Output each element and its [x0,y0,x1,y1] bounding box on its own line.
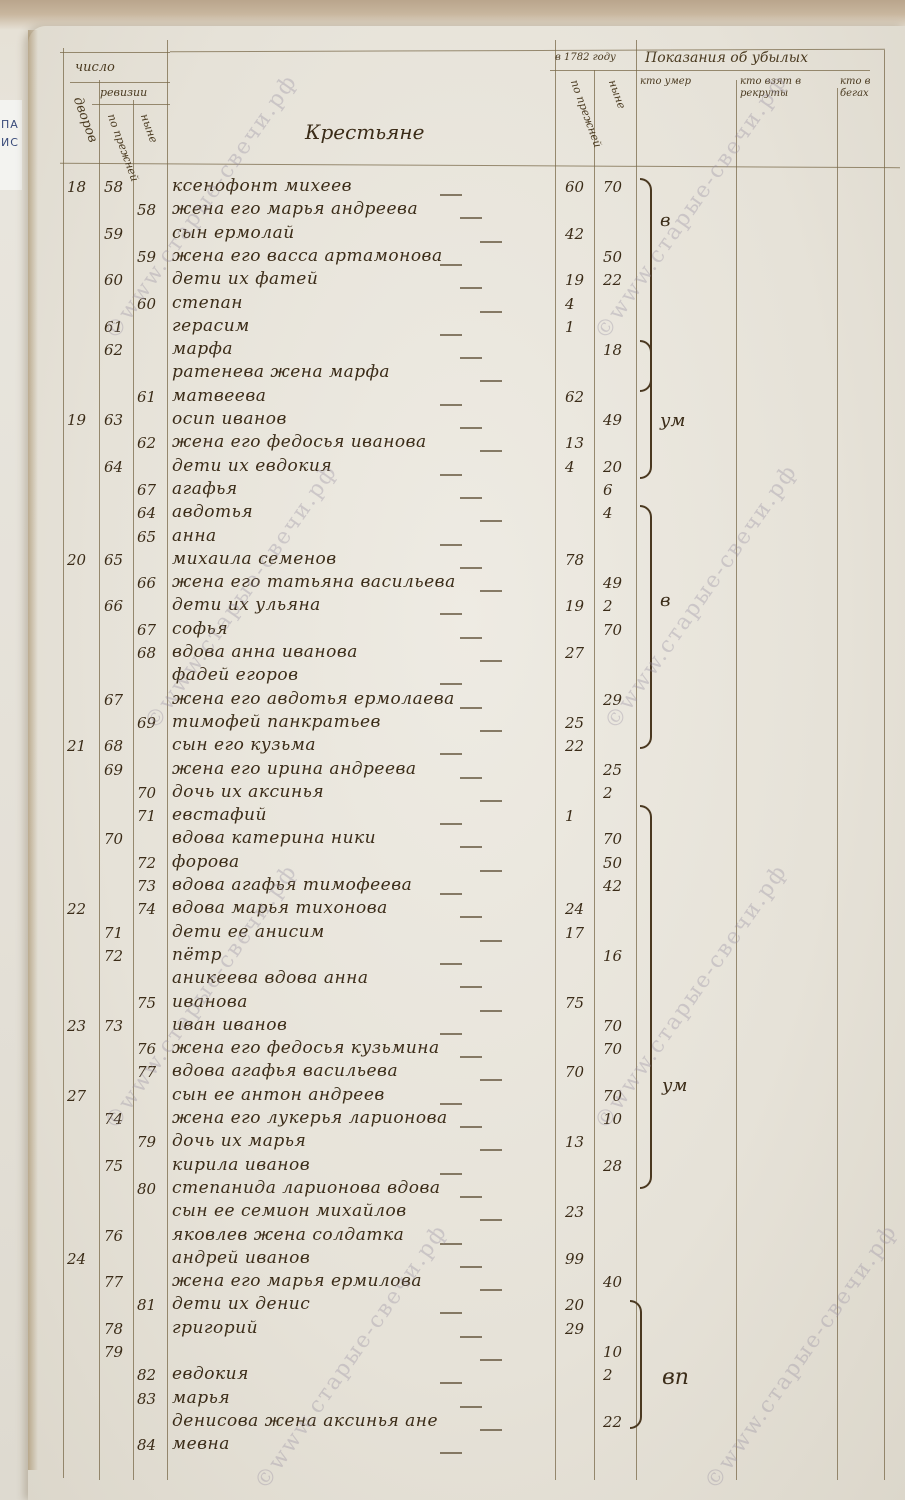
group-bracket [630,1300,642,1429]
filler-dash [440,1312,462,1314]
current-number: 68 [137,644,156,662]
age-current: 25 [603,761,622,779]
current-number: 82 [137,1366,156,1384]
column-rule [133,100,134,1480]
header-pokazanie: Показания об убылых [645,50,808,66]
remark-mark: в [660,590,670,611]
current-number: 84 [137,1436,156,1454]
filler-dash [460,846,482,848]
age-previous: 27 [565,644,584,662]
prev-revision-number: 69 [104,761,123,779]
person-name: жена его татьяна васильева [172,572,456,592]
filler-dash [440,893,462,895]
filler-dash [480,520,502,522]
age-current: 10 [603,1110,622,1128]
age-previous: 19 [565,271,584,289]
column-rule [884,50,885,1480]
filler-dash [440,264,462,266]
person-name: денисова жена аксинья ане [172,1411,438,1431]
age-current: 16 [603,947,622,965]
age-previous: 17 [565,924,584,942]
age-previous: 20 [565,1296,584,1314]
filler-dash [440,194,462,196]
filler-dash [480,730,502,732]
prev-revision-number: 78 [104,1320,123,1338]
age-previous: 99 [565,1250,584,1268]
filler-dash [460,217,482,219]
filler-dash [460,567,482,569]
filler-dash [480,800,502,802]
person-name: сын ермолай [172,223,295,243]
person-name: сын ее семион михайлов [172,1201,407,1221]
person-name: жена его марья ермилова [172,1271,422,1291]
age-previous: 22 [565,737,584,755]
age-previous: 4 [565,295,575,313]
person-name: ксенофонт михеев [172,176,352,196]
age-previous: 1 [565,807,575,825]
age-current: 2 [603,784,613,802]
filler-dash [480,1010,502,1012]
filler-dash [440,1033,462,1035]
age-current: 4 [603,504,613,522]
prev-revision-number: 64 [104,458,123,476]
person-name: форова [172,852,240,872]
age-current: 70 [603,1040,622,1058]
person-name: жена его марья андреева [172,199,418,219]
person-name: фадей егоров [172,665,299,685]
person-name: марья [172,1388,230,1408]
group-bracket [640,340,652,479]
filler-dash [440,613,462,615]
column-rule [167,40,168,1480]
current-number: 69 [137,714,156,732]
age-current: 70 [603,830,622,848]
person-name: жена его федосья кузьмина [172,1038,440,1058]
filler-dash [480,870,502,872]
person-name: герасим [172,316,250,336]
current-number: 62 [137,434,156,452]
remark-mark: ум [660,410,685,431]
person-name: степан [172,293,243,313]
background-card: ПА ИС [0,100,22,190]
age-previous: 23 [565,1203,584,1221]
current-number: 77 [137,1063,156,1081]
person-name: вдова катерина ники [172,828,376,848]
rule [70,82,170,83]
document-page: ПА ИС число ревизии дворов по прежней ны… [0,0,905,1500]
dvor-number: 24 [67,1250,86,1268]
age-current: 2 [603,1366,613,1384]
filler-dash [480,450,502,452]
remark-mark: ум [662,1075,687,1096]
filler-dash [480,590,502,592]
age-current: 10 [603,1343,622,1361]
person-name: авдотья [172,502,253,522]
current-number: 73 [137,877,156,895]
current-number: 75 [137,994,156,1012]
filler-dash [480,241,502,243]
person-name: иванова [172,992,248,1012]
header-revizii: ревизии [100,86,147,99]
person-name: жена его федосья иванова [172,432,427,452]
prev-revision-number: 58 [104,178,123,196]
filler-dash [480,1149,502,1151]
dvor-number: 27 [67,1087,86,1105]
person-name: дочь их марья [172,1131,306,1151]
filler-dash [440,404,462,406]
age-previous: 19 [565,597,584,615]
person-name: кирила иванов [172,1155,310,1175]
prev-revision-number: 72 [104,947,123,965]
filler-dash [460,707,482,709]
prev-revision-number: 76 [104,1227,123,1245]
filler-dash [480,660,502,662]
person-name: жена его васса артамонова [172,246,443,266]
age-previous: 75 [565,994,584,1012]
person-name: михаила семенов [172,549,337,569]
age-previous: 24 [565,900,584,918]
age-current: 22 [603,1413,622,1431]
current-number: 81 [137,1296,156,1314]
age-current: 22 [603,271,622,289]
dvor-number: 21 [67,737,86,755]
person-name: анна [172,526,217,546]
person-name: тимофей панкратьев [172,712,381,732]
prev-revision-number: 59 [104,225,123,243]
age-current: 50 [603,854,622,872]
current-number: 65 [137,528,156,546]
prev-revision-number: 63 [104,411,123,429]
column-rule [63,48,64,1478]
remark-mark: в [660,210,670,231]
person-name: аникеева вдова анна [172,968,369,988]
column-rule [99,80,100,1480]
current-number: 79 [137,1133,156,1151]
current-number: 71 [137,807,156,825]
person-name: дети их фатей [172,269,318,289]
age-current: 49 [603,574,622,592]
prev-revision-number: 79 [104,1343,123,1361]
person-name: иван иванов [172,1015,287,1035]
age-previous: 70 [565,1063,584,1081]
current-number: 76 [137,1040,156,1058]
prev-revision-number: 60 [104,271,123,289]
person-name: вдова агафья васильева [172,1061,398,1081]
page-edge [28,30,38,1470]
current-number: 80 [137,1180,156,1198]
prev-revision-number: 74 [104,1110,123,1128]
person-name: сын его кузьма [172,735,316,755]
filler-dash [480,1429,502,1431]
rule [60,52,170,53]
person-name: марфа [172,339,233,359]
current-number: 60 [137,295,156,313]
column-rule [837,88,838,1480]
prev-revision-number: 73 [104,1017,123,1035]
filler-dash [440,1452,462,1454]
filler-dash [460,1406,482,1408]
bg-text: ПА [1,118,19,131]
dvor-number: 19 [67,411,86,429]
filler-dash [460,427,482,429]
prev-revision-number: 66 [104,597,123,615]
header-kto-bezhal: кто в бегах [840,76,884,100]
person-name: осип иванов [172,409,287,429]
person-name: жена его авдотья ермолаева [172,689,455,709]
paper-sheet [28,26,905,1500]
person-name: евдокия [172,1364,249,1384]
age-current: 70 [603,178,622,196]
filler-dash [460,637,482,639]
age-current: 70 [603,1087,622,1105]
prev-revision-number: 75 [104,1157,123,1175]
age-current: 70 [603,621,622,639]
person-name: дети их ульяна [172,595,321,615]
filler-dash [440,683,462,685]
current-number: 58 [137,201,156,219]
current-number: 83 [137,1390,156,1408]
filler-dash [480,1359,502,1361]
current-number: 59 [137,248,156,266]
person-name: дети их денис [172,1294,310,1314]
age-current: 29 [603,691,622,709]
filler-dash [440,474,462,476]
age-current: 2 [603,597,613,615]
column-rule [555,40,556,1480]
age-current: 20 [603,458,622,476]
person-name: софья [172,619,228,639]
age-previous: 78 [565,551,584,569]
current-number: 61 [137,388,156,406]
dvor-number: 22 [67,900,86,918]
age-current: 40 [603,1273,622,1291]
person-name: степанида ларионова вдова [172,1178,441,1198]
column-rule [736,80,737,1480]
current-number: 64 [137,504,156,522]
prev-revision-number: 77 [104,1273,123,1291]
prev-revision-number: 70 [104,830,123,848]
remark-mark: вп [662,1365,689,1390]
age-previous: 13 [565,1133,584,1151]
filler-dash [460,1196,482,1198]
dvor-number: 20 [67,551,86,569]
filler-dash [480,1289,502,1291]
prev-revision-number: 62 [104,341,123,359]
filler-dash [460,357,482,359]
filler-dash [440,823,462,825]
filler-dash [460,287,482,289]
age-previous: 42 [565,225,584,243]
prev-revision-number: 61 [104,318,123,336]
header-age-group: в 1782 году [555,52,616,63]
prev-revision-number: 71 [104,924,123,942]
person-name: дочь их аксинья [172,782,324,802]
dvor-number: 18 [67,178,86,196]
current-number: 66 [137,574,156,592]
filler-dash [440,334,462,336]
current-number: 74 [137,900,156,918]
filler-dash [440,1243,462,1245]
group-bracket [640,505,652,749]
age-previous: 13 [565,434,584,452]
header-kto-vzyat: кто взят в рекруты [740,76,835,100]
current-number: 70 [137,784,156,802]
filler-dash [440,1173,462,1175]
person-name: дети их евдокия [172,456,332,476]
person-name: вдова марья тихонова [172,898,388,918]
current-number: 67 [137,621,156,639]
filler-dash [460,777,482,779]
person-name: агафья [172,479,238,499]
filler-dash [440,544,462,546]
header-kto-umer: кто умер [640,76,734,88]
person-name: матвеева [172,386,266,406]
filler-dash [460,1336,482,1338]
age-current: 6 [603,481,613,499]
age-current: 49 [603,411,622,429]
age-current: 18 [603,341,622,359]
age-current: 50 [603,248,622,266]
age-current: 70 [603,1017,622,1035]
current-number: 67 [137,481,156,499]
person-name: пётр [172,945,222,965]
person-name: ратенева жена марфа [172,362,390,382]
filler-dash [480,1219,502,1221]
filler-dash [440,1103,462,1105]
person-name: мевна [172,1434,230,1454]
column-rule [594,70,595,1480]
column-rule [636,40,637,1480]
filler-dash [460,1126,482,1128]
prev-revision-number: 65 [104,551,123,569]
header-chislo: число [75,60,115,75]
filler-dash [460,1056,482,1058]
filler-dash [460,916,482,918]
filler-dash [480,380,502,382]
age-previous: 60 [565,178,584,196]
prev-revision-number: 68 [104,737,123,755]
filler-dash [480,940,502,942]
person-name: сын ее антон андреев [172,1085,385,1105]
age-current: 42 [603,877,622,895]
filler-dash [460,1266,482,1268]
age-previous: 1 [565,318,575,336]
person-name: жена его лукерья ларионова [172,1108,448,1128]
filler-dash [480,1079,502,1081]
person-name: жена его ирина андреева [172,759,417,779]
filler-dash [440,1382,462,1384]
filler-dash [480,311,502,313]
prev-revision-number: 67 [104,691,123,709]
group-bracket [640,805,652,1189]
age-previous: 29 [565,1320,584,1338]
filler-dash [460,986,482,988]
person-name: яковлев жена солдатка [172,1225,404,1245]
dvor-number: 23 [67,1017,86,1035]
person-name: григорий [172,1318,258,1338]
age-previous: 62 [565,388,584,406]
current-number: 72 [137,854,156,872]
filler-dash [460,497,482,499]
person-name: вдова анна иванова [172,642,358,662]
person-name: дети ее анисим [172,922,325,942]
person-name: евстафий [172,805,267,825]
age-current: 28 [603,1157,622,1175]
filler-dash [440,753,462,755]
age-previous: 4 [565,458,575,476]
age-previous: 25 [565,714,584,732]
rule [92,104,170,105]
person-name: вдова агафья тимофеева [172,875,412,895]
section-title: Крестьяне [305,120,424,144]
rule [550,70,870,71]
bg-text: ИС [1,136,19,149]
filler-dash [440,963,462,965]
person-name: андрей иванов [172,1248,310,1268]
